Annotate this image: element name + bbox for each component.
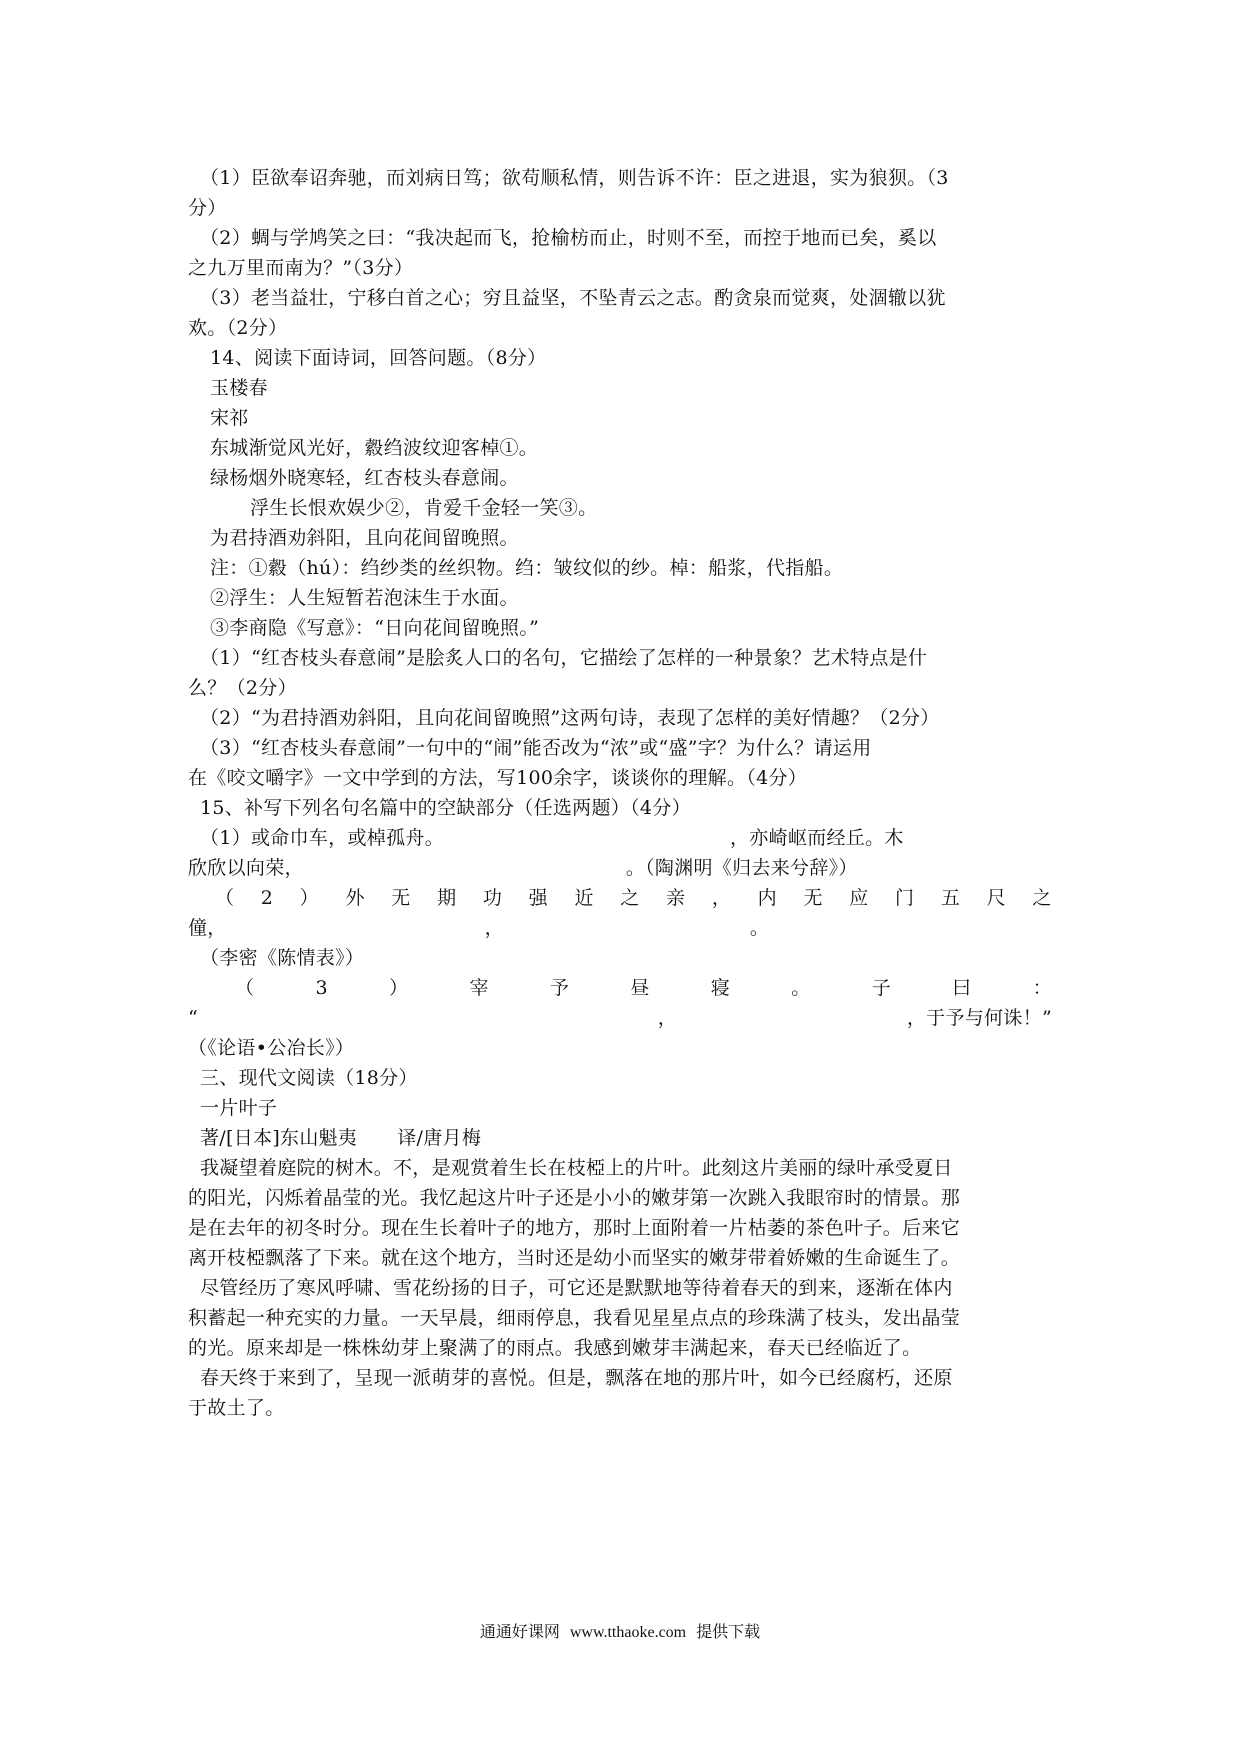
footer-suffix: 提供下载 bbox=[696, 1622, 760, 1641]
poem-line: 浮生长恨欢娱少②，肯爱千金轻一笑③。 bbox=[250, 493, 1052, 523]
question-15-1-source: 。（陶渊明《归去来兮辞》） bbox=[626, 857, 858, 879]
char: 无 bbox=[391, 883, 410, 913]
translator: 译/唐月梅 bbox=[397, 1127, 481, 1149]
poem-author: 宋祁 bbox=[210, 403, 1052, 433]
paragraph-line: 离开枝椏飘落了下来。就在这个地方，当时还是幼小而坚实的嫩芽带着娇嫩的生命诞生了。 bbox=[188, 1243, 1052, 1273]
char: 之 bbox=[1032, 883, 1051, 913]
page-footer: 通通好课网www.tthaoke.com提供下载 bbox=[0, 1620, 1240, 1645]
char: ） bbox=[389, 973, 408, 1003]
open-quote: “ bbox=[188, 1003, 198, 1033]
question-15-3-source: （《论语•公冶长》） bbox=[188, 1033, 1052, 1063]
question-14-3: （3）“红杏枝头春意闹”一句中的“闹”能否改为“浓”或“盛”字？为什么？请运用 bbox=[200, 733, 1052, 763]
paragraph-line: 积蓄起一种充实的力量。一天早晨，细雨停息，我看见星星点点的珍珠满了枝头，发出晶莹 bbox=[188, 1303, 1052, 1333]
question-15-1-line2: 欣欣以向荣，。（陶渊明《归去来兮辞》） bbox=[188, 853, 1052, 883]
char: 近 bbox=[574, 883, 593, 913]
char: 3 bbox=[315, 973, 327, 1003]
char: 予 bbox=[550, 973, 569, 1003]
footer-site-name: 通通好课网 bbox=[480, 1622, 560, 1641]
question-14-1: （1）“红杏枝头春意闹”是脍炙人口的名句，它描绘了怎样的一种景象？艺术特点是什 bbox=[200, 643, 1052, 673]
paragraph-line: 春天终于来到了，呈现一派萌芽的喜悦。但是，飘落在地的那片叶，如今已经腐朽，还原 bbox=[200, 1363, 1052, 1393]
char: ： bbox=[1033, 973, 1052, 1003]
author: 著/[日本]东山魁夷 bbox=[200, 1127, 357, 1149]
question-15-1-line1: （1）或命巾车，或棹孤舟。，亦崎岖而经丘。木 bbox=[200, 823, 1052, 853]
section-3-title: 三、现代文阅读（18分） bbox=[200, 1063, 1052, 1093]
poem-line: 东城渐觉风光好，縠绉波纹迎客棹①。 bbox=[210, 433, 1052, 463]
char: （ bbox=[215, 883, 234, 913]
footer-url[interactable]: www.tthaoke.com bbox=[570, 1624, 686, 1641]
char: 。 bbox=[791, 973, 810, 1003]
question-15-3-text: ，于予与何诛！” bbox=[907, 1003, 1052, 1033]
char: 曰 bbox=[952, 973, 971, 1003]
paragraph-line: 尽管经历了寒风呼啸、雪花纷扬的日子，可它还是默默地等待着春天的到来，逐渐在体内 bbox=[200, 1273, 1052, 1303]
comma: ， bbox=[485, 917, 504, 939]
char: 2 bbox=[261, 883, 273, 913]
char: 门 bbox=[895, 883, 914, 913]
article-byline: 著/[日本]东山魁夷译/唐月梅 bbox=[200, 1123, 1052, 1153]
char: 之 bbox=[620, 883, 639, 913]
question-13-1-cont: 分） bbox=[188, 193, 1052, 223]
question-14-title: 14、阅读下面诗词，回答问题。（8分） bbox=[210, 343, 1052, 373]
question-14-3-cont: 在《咬文嚼字》一文中学到的方法，写100余字，谈谈你的理解。（4分） bbox=[188, 763, 1052, 793]
char: 五 bbox=[941, 883, 960, 913]
poem-line: 绿杨烟外晓寒轻，红杏枝头春意闹。 bbox=[210, 463, 1052, 493]
question-14-2: （2）“为君持酒劝斜阳，且向花间留晚照”这两句诗，表现了怎样的美好情趣？（2分） bbox=[200, 703, 1052, 733]
question-14-1-cont: 么？（2分） bbox=[188, 673, 1052, 703]
comma: ， bbox=[658, 1003, 677, 1033]
char: 尺 bbox=[987, 883, 1006, 913]
char: 亲 bbox=[666, 883, 685, 913]
question-15-3-line1: （ 3 ） 宰 予 昼 寝 。 子 曰 ： bbox=[235, 973, 1052, 1003]
char: 功 bbox=[483, 883, 502, 913]
question-13-2-cont: 之九万里而南为？”（3分） bbox=[188, 253, 1052, 283]
paragraph-line: 的阳光，闪烁着晶莹的光。我忆起这片叶子还是小小的嫩芽第一次跳入我眼帘时的情景。那 bbox=[188, 1183, 1052, 1213]
char: 应 bbox=[849, 883, 868, 913]
question-15-2-source: （李密《陈情表》） bbox=[200, 943, 1052, 973]
paragraph-line: 于故土了。 bbox=[188, 1393, 1052, 1423]
question-13-3: （3）老当益壮，宁移白首之心；穷且益坚，不坠青云之志。酌贪泉而觉爽，处涸辙以犹 bbox=[200, 283, 1052, 313]
poem-line: 为君持酒劝斜阳，且向花间留晚照。 bbox=[210, 523, 1052, 553]
char: 外 bbox=[345, 883, 364, 913]
question-15-1-text: （1）或命巾车，或棹孤舟。 bbox=[200, 827, 444, 849]
article-title: 一片叶子 bbox=[200, 1093, 1052, 1123]
char: 昼 bbox=[630, 973, 649, 1003]
char: 强 bbox=[529, 883, 548, 913]
question-15-1-text: 欣欣以向荣， bbox=[188, 857, 304, 879]
char: 期 bbox=[437, 883, 456, 913]
char: 子 bbox=[872, 973, 891, 1003]
char: 内 bbox=[758, 883, 777, 913]
char: ， bbox=[712, 883, 731, 913]
question-15-3-line2: “ ， ，于予与何诛！” bbox=[188, 1003, 1052, 1033]
question-13-1: （1）臣欲奉诏奔驰，而刘病日笃；欲苟顺私情，则告诉不许：臣之进退，实为狼狈。（3 bbox=[200, 163, 1052, 193]
question-15-2-line1: （ 2 ） 外 无 期 功 强 近 之 亲 ， 内 无 应 门 五 尺 之 bbox=[215, 883, 1052, 913]
question-15-2-line2: 僮，，。 bbox=[188, 913, 1052, 943]
question-15-title: 15、补写下列名句名篇中的空缺部分（任选两题）（4分） bbox=[200, 793, 1052, 823]
poem-note: ②浮生：人生短暂若泡沫生于水面。 bbox=[210, 583, 1052, 613]
char: 寝 bbox=[711, 973, 730, 1003]
char: 无 bbox=[803, 883, 822, 913]
char: 宰 bbox=[469, 973, 488, 1003]
paragraph-line: 的光。原来却是一株株幼芽上聚满了的雨点。我感到嫩芽丰满起来，春天已经临近了。 bbox=[188, 1333, 1052, 1363]
question-15-1-text: ，亦崎岖而经丘。木 bbox=[730, 827, 904, 849]
question-13-3-cont: 欢。（2分） bbox=[188, 313, 1052, 343]
poem-title: 玉楼春 bbox=[210, 373, 1052, 403]
question-13-2: （2）蜩与学鸠笑之曰：“我决起而飞，抢榆枋而止，时则不至，而控于地而已矣，奚以 bbox=[200, 223, 1052, 253]
char: ） bbox=[300, 883, 319, 913]
document-page: （1）臣欲奉诏奔驰，而刘病日笃；欲苟顺私情，则告诉不许：臣之进退，实为狼狈。（3… bbox=[0, 0, 1240, 1754]
poem-note: ③李商隐《写意》：“日向花间留晚照。” bbox=[210, 613, 1052, 643]
question-15-2-text: 僮， bbox=[188, 917, 227, 939]
poem-note: 注：①縠（hú）：绉纱类的丝织物。绉：皱纹似的纱。棹：船浆，代指船。 bbox=[210, 553, 1052, 583]
paragraph-line: 我凝望着庭院的树木。不，是观赏着生长在枝椏上的片叶。此刻这片美丽的绿叶承受夏日 bbox=[200, 1153, 1052, 1183]
char: （ bbox=[235, 973, 254, 1003]
period: 。 bbox=[750, 917, 769, 939]
paragraph-line: 是在去年的初冬时分。现在生长着叶子的地方，那时上面附着一片枯萎的茶色叶子。后来它 bbox=[188, 1213, 1052, 1243]
